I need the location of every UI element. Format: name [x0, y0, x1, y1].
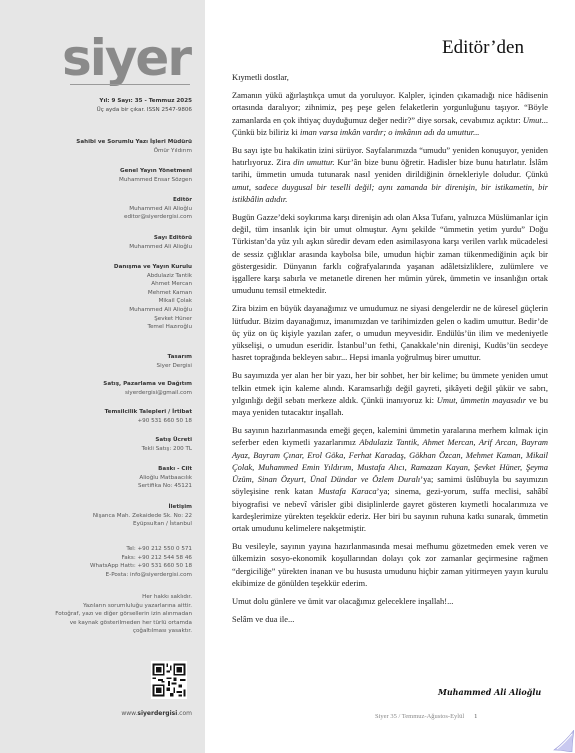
section-head: Editör — [124, 196, 192, 205]
section-head: Genel Yayın Yönetmeni — [119, 167, 192, 176]
website-prefix: www. — [121, 710, 137, 717]
paragraph-1: Zamanın yükü ağırlaştıkça umut da yorulu… — [232, 89, 548, 138]
editorial-page: Editör’den Kıymetli dostlar, Zamanın yük… — [232, 0, 548, 753]
editorial-body: Kıymetli dostlar, Zamanın yükü ağırlaştı… — [232, 71, 548, 631]
page-number: 1 — [474, 713, 477, 720]
rights-line: Fotoğraf, yazı ve diğer görsellerin izin… — [55, 610, 192, 619]
website-link[interactable]: www.siyerdergisi.com — [121, 710, 192, 717]
whatsapp-line: WhatsApp Hattı: +90 531 660 50 18 — [90, 562, 192, 571]
section-head: Baskı - Cilt — [138, 465, 192, 474]
rights-line: Her hakkı saklıdır. — [55, 593, 192, 602]
section-line: Muhammed Ali Alioğlu — [114, 306, 192, 315]
section-line: Eyüpsultan / İstanbul — [93, 520, 192, 529]
logo-underline — [70, 84, 190, 85]
section-line: Tekli Satış: 200 TL — [142, 445, 192, 454]
section-printing: Baskı - Cilt Alioğlu Matbaacılık Sertifi… — [138, 465, 192, 491]
section-line: Sertifika No: 45121 — [138, 482, 192, 491]
section-owner: Sahibi ve Sorumlu Yazı İşleri Müdürü Ömü… — [76, 138, 192, 155]
paragraph-7: Bu vesileyle, sayının yayına hazırlanmas… — [232, 540, 548, 589]
section-line: Alioğlu Matbaacılık — [138, 474, 192, 483]
section-line: Muhammed Ali Alioğlu — [129, 243, 192, 252]
editor-email-link[interactable]: editor@siyerdergisi.com — [124, 213, 192, 222]
closing: Selâm ve dua ile... — [232, 613, 548, 625]
logo-text: siyer — [62, 28, 190, 88]
section-advisory-board: Danışma ve Yayın Kurulu Abdulaziz Tantik… — [114, 263, 192, 332]
sales-email-link[interactable]: siyerdergisi@gmail.com — [103, 389, 192, 398]
website-domain: siyerdergisi — [137, 710, 177, 717]
footer-issue: Siyer 35 / Temmuz-Ağustos-Eylül — [375, 713, 464, 720]
signature: Muhammed Ali Alioğlu — [438, 687, 541, 697]
paragraph-6: Bu sayının hazırlanmasında emeği geçen, … — [232, 424, 548, 534]
section-editor: Editör Muhammed Ali Alioğlu editor@siyer… — [124, 196, 192, 222]
rights-line: çoğaltılması yasaktır. — [55, 627, 192, 636]
page-footer: Siyer 35 / Temmuz-Ağustos-Eylül1 — [375, 713, 477, 720]
contact-details: Tel: +90 212 550 0 571 Faks: +90 212 544… — [90, 545, 192, 579]
section-price: Satış Ücreti Tekli Satış: 200 TL — [142, 436, 192, 453]
section-line: Muhammed Ensar Sözgen — [119, 176, 192, 185]
email-line[interactable]: E-Posta: info@siyerdergisi.com — [90, 571, 192, 580]
qr-code-icon[interactable] — [151, 661, 187, 699]
section-head: Satış Ücreti — [142, 436, 192, 445]
section-line: Muhammed Ali Alioğlu — [124, 205, 192, 214]
section-design: Tasarım Siyer Dergisi — [157, 353, 192, 370]
section-head: Satış, Pazarlama ve Dağıtım — [103, 380, 192, 389]
paragraph-2: Bu sayı işte bu hakikatin izini sürüyor.… — [232, 144, 548, 205]
section-head: Danışma ve Yayın Kurulu — [114, 263, 192, 272]
section-head: Sayı Editörü — [129, 234, 192, 243]
phone-line: Tel: +90 212 550 0 571 — [90, 545, 192, 554]
paragraph-8: Umut dolu günlere ve ümit var olacağımız… — [232, 595, 548, 607]
section-line: Mikail Çolak — [114, 297, 192, 306]
section-head: Tasarım — [157, 353, 192, 362]
section-line: Abdulaziz Tantik — [114, 272, 192, 281]
section-line: Mehmet Kaman — [114, 289, 192, 298]
copyright-notice: Her hakkı saklıdır. Yazıların sorumluluğ… — [55, 593, 192, 636]
paragraph-5: Bu sayımızda yer alan her bir yazı, her … — [232, 369, 548, 418]
rights-line: Yazıların sorumluluğu yazarlarına aittir… — [55, 602, 192, 611]
section-sales: Satış, Pazarlama ve Dağıtım siyerdergisi… — [103, 380, 192, 397]
section-line: Temel Hazıroğlu — [114, 323, 192, 332]
greeting: Kıymetli dostlar, — [232, 71, 548, 83]
siyer-logo: siyer — [70, 36, 190, 84]
website-suffix: .com — [177, 710, 192, 717]
masthead-sidebar: siyer Yıl: 9 Sayı: 35 - Temmuz 2025 Üç a… — [0, 0, 205, 753]
section-representation: Temsilcilik Talepleri / İrtibat +90 531 … — [105, 408, 192, 425]
issue-info: Yıl: 9 Sayı: 35 - Temmuz 2025 Üç ayda bi… — [97, 97, 192, 114]
section-head: İletişim — [93, 503, 192, 512]
rights-line: ve kaynak gösterilmeden her türlü ortamd… — [55, 619, 192, 628]
page-title: Editör’den — [442, 37, 524, 59]
issn-line: Üç ayda bir çıkar. ISSN 2547-9806 — [97, 106, 192, 115]
section-issue-editor: Sayı Editörü Muhammed Ali Alioğlu — [129, 234, 192, 251]
section-contact: İletişim Nişanca Mah. Zekaidede Sk. No: … — [93, 503, 192, 529]
paragraph-3: Bugün Gazze’deki soykırıma karşı direniş… — [232, 211, 548, 296]
issue-line: Yıl: 9 Sayı: 35 - Temmuz 2025 — [97, 97, 192, 106]
fax-line: Faks: +90 212 544 58 46 — [90, 554, 192, 563]
section-head: Sahibi ve Sorumlu Yazı İşleri Müdürü — [76, 138, 192, 147]
section-head: Temsilcilik Talepleri / İrtibat — [105, 408, 192, 417]
section-line: Şevket Hüner — [114, 315, 192, 324]
section-line: Siyer Dergisi — [157, 362, 192, 371]
section-line: Ömür Yıldırım — [76, 147, 192, 156]
section-line: Ahmet Mercan — [114, 280, 192, 289]
paragraph-4: Zira bizim en büyük dayanağımız ve umudu… — [232, 302, 548, 363]
section-line: Nişanca Mah. Zekaidede Sk. No: 22 — [93, 512, 192, 521]
section-general-director: Genel Yayın Yönetmeni Muhammed Ensar Söz… — [119, 167, 192, 184]
page-curl-icon[interactable] — [552, 730, 574, 752]
section-line: +90 531 660 50 18 — [105, 417, 192, 426]
